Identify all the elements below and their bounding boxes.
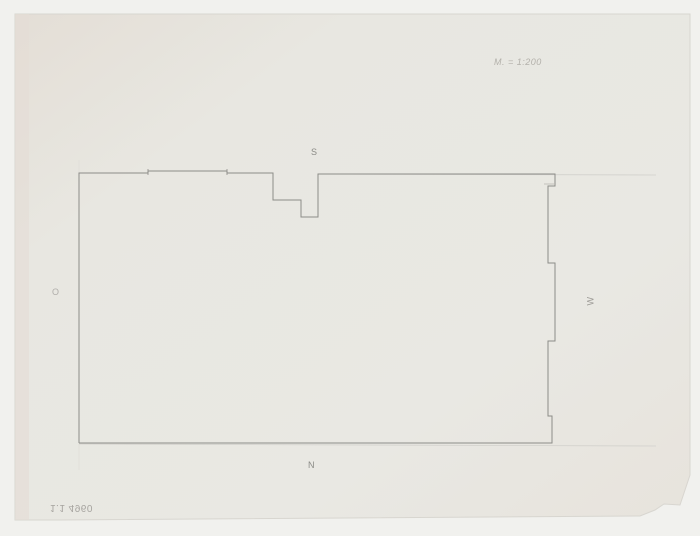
paper-sheet xyxy=(0,0,700,536)
orientation-label-left: O xyxy=(52,287,60,297)
orientation-label-top: S xyxy=(311,147,318,157)
orientation-label-right: W xyxy=(586,297,596,306)
inventory-mark: 1.1 4960 xyxy=(50,502,93,513)
orientation-label-bottom: N xyxy=(308,460,315,470)
scale-note: M. = 1:200 xyxy=(494,57,542,67)
